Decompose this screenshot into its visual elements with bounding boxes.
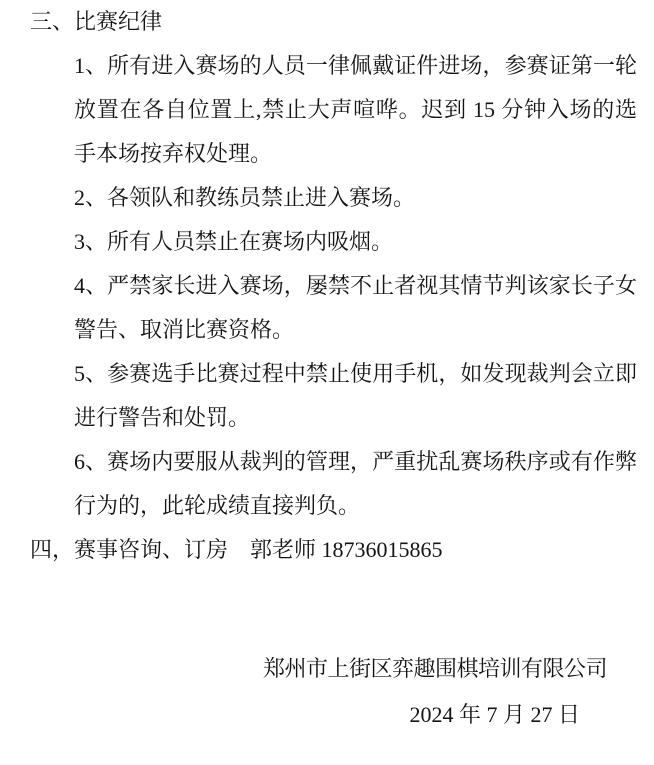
company-name: 郑州市上街区弈趣围棋培训有限公司	[30, 646, 637, 692]
rule-1-line-1: 1、所有进入赛场的人员一律佩戴证件进场，参赛证第一轮	[74, 44, 637, 88]
rule-4-line-2: 警告、取消比赛资格。	[74, 308, 637, 352]
document-body: 三、比赛纪律 1、所有进入赛场的人员一律佩戴证件进场，参赛证第一轮 放置在各自位…	[0, 0, 654, 738]
signature-block: 郑州市上街区弈趣围棋培训有限公司 2024 年 7 月 27 日	[30, 646, 637, 738]
rule-5-line-1: 5、参赛选手比赛过程中禁止使用手机，如发现裁判会立即	[74, 352, 637, 396]
rule-6-line-2: 行为的，此轮成绩直接判负。	[74, 484, 637, 528]
rule-1-line-2: 放置在各自位置上,禁止大声喧哗。迟到 15 分钟入场的选	[74, 88, 637, 132]
rules-list: 1、所有进入赛场的人员一律佩戴证件进场，参赛证第一轮 放置在各自位置上,禁止大声…	[30, 44, 637, 528]
rule-6-line-1: 6、赛场内要服从裁判的管理，严重扰乱赛场秩序或有作弊	[74, 440, 637, 484]
document-page: 三、比赛纪律 1、所有进入赛场的人员一律佩戴证件进场，参赛证第一轮 放置在各自位…	[0, 0, 654, 765]
rule-1-line-3: 手本场按弃权处理。	[74, 132, 637, 176]
rule-5-line-2: 进行警告和处罚。	[74, 396, 637, 440]
rule-2-line-1: 2、各领队和教练员禁止进入赛场。	[74, 176, 637, 220]
section-heading-contact: 四，赛事咨询、订房 郭老师 18736015865	[30, 528, 637, 572]
document-date: 2024 年 7 月 27 日	[30, 692, 637, 738]
rule-3-line-1: 3、所有人员禁止在赛场内吸烟。	[74, 220, 637, 264]
rule-4-line-1: 4、严禁家长进入赛场，屡禁不止者视其情节判该家长子女	[74, 264, 637, 308]
section-heading-discipline: 三、比赛纪律	[30, 0, 637, 44]
